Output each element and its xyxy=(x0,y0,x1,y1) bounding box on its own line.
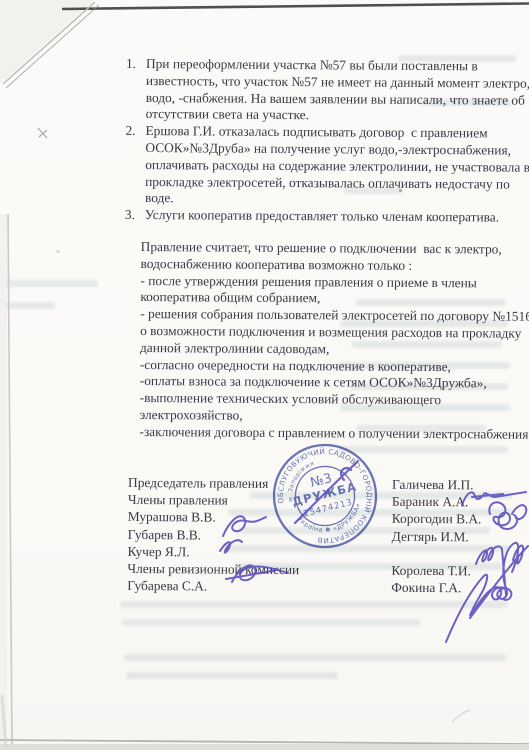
text-line: прокладке электросетей, отказывалась опл… xyxy=(145,174,529,194)
list-item: 1. При переоформлении участка №57 вы был… xyxy=(146,56,529,126)
signature-row: Губарева С.А.Фокина Г.А. xyxy=(127,577,481,597)
signer-name: Губарева С.А. xyxy=(127,577,391,596)
signer-title: Члены ревизионной комиссии xyxy=(127,560,391,579)
signer-name: Бараник А.А. xyxy=(392,493,469,511)
list-item-number: 1. xyxy=(126,56,136,73)
document-body: 1. При переоформлении участка №57 вы был… xyxy=(0,0,529,750)
organization-stamp: ОБСЛУГОВУЮЧИЙ САДОВО-ГОРОДНІЙ КООПЕРАТИВ… xyxy=(263,434,387,558)
text-line: оплачивать расходы на содержание электро… xyxy=(145,157,529,177)
signer-name: Дегтярь И.М. xyxy=(392,527,469,545)
list-item-number: 2. xyxy=(125,123,135,140)
text-line: Услуги кооператив предоставляет только ч… xyxy=(145,207,529,227)
scanned-page: 1. При переоформлении участка №57 вы был… xyxy=(0,0,529,750)
numbered-list: 1. При переоформлении участка №57 вы был… xyxy=(145,56,529,227)
list-item: 2. Ершова Г.И. отказалась подписывать до… xyxy=(145,123,529,210)
signer-name: Корогодин В.А. xyxy=(392,510,482,528)
signer-name: Галичева И.П. xyxy=(392,476,474,494)
text-line: известность, что участок №57 не имеет на… xyxy=(146,73,529,93)
signer-name: Королева Т.И. xyxy=(391,562,471,580)
decision-paragraph: Правление считает, что решение о подключ… xyxy=(139,239,529,443)
signer-name: Фокина Г.А. xyxy=(391,579,461,597)
list-item-number: 3. xyxy=(125,207,135,224)
text-line: данной электролинии садоводам, xyxy=(140,340,529,360)
list-item: 3. Услуги кооператив предоставляет тольк… xyxy=(145,207,529,227)
